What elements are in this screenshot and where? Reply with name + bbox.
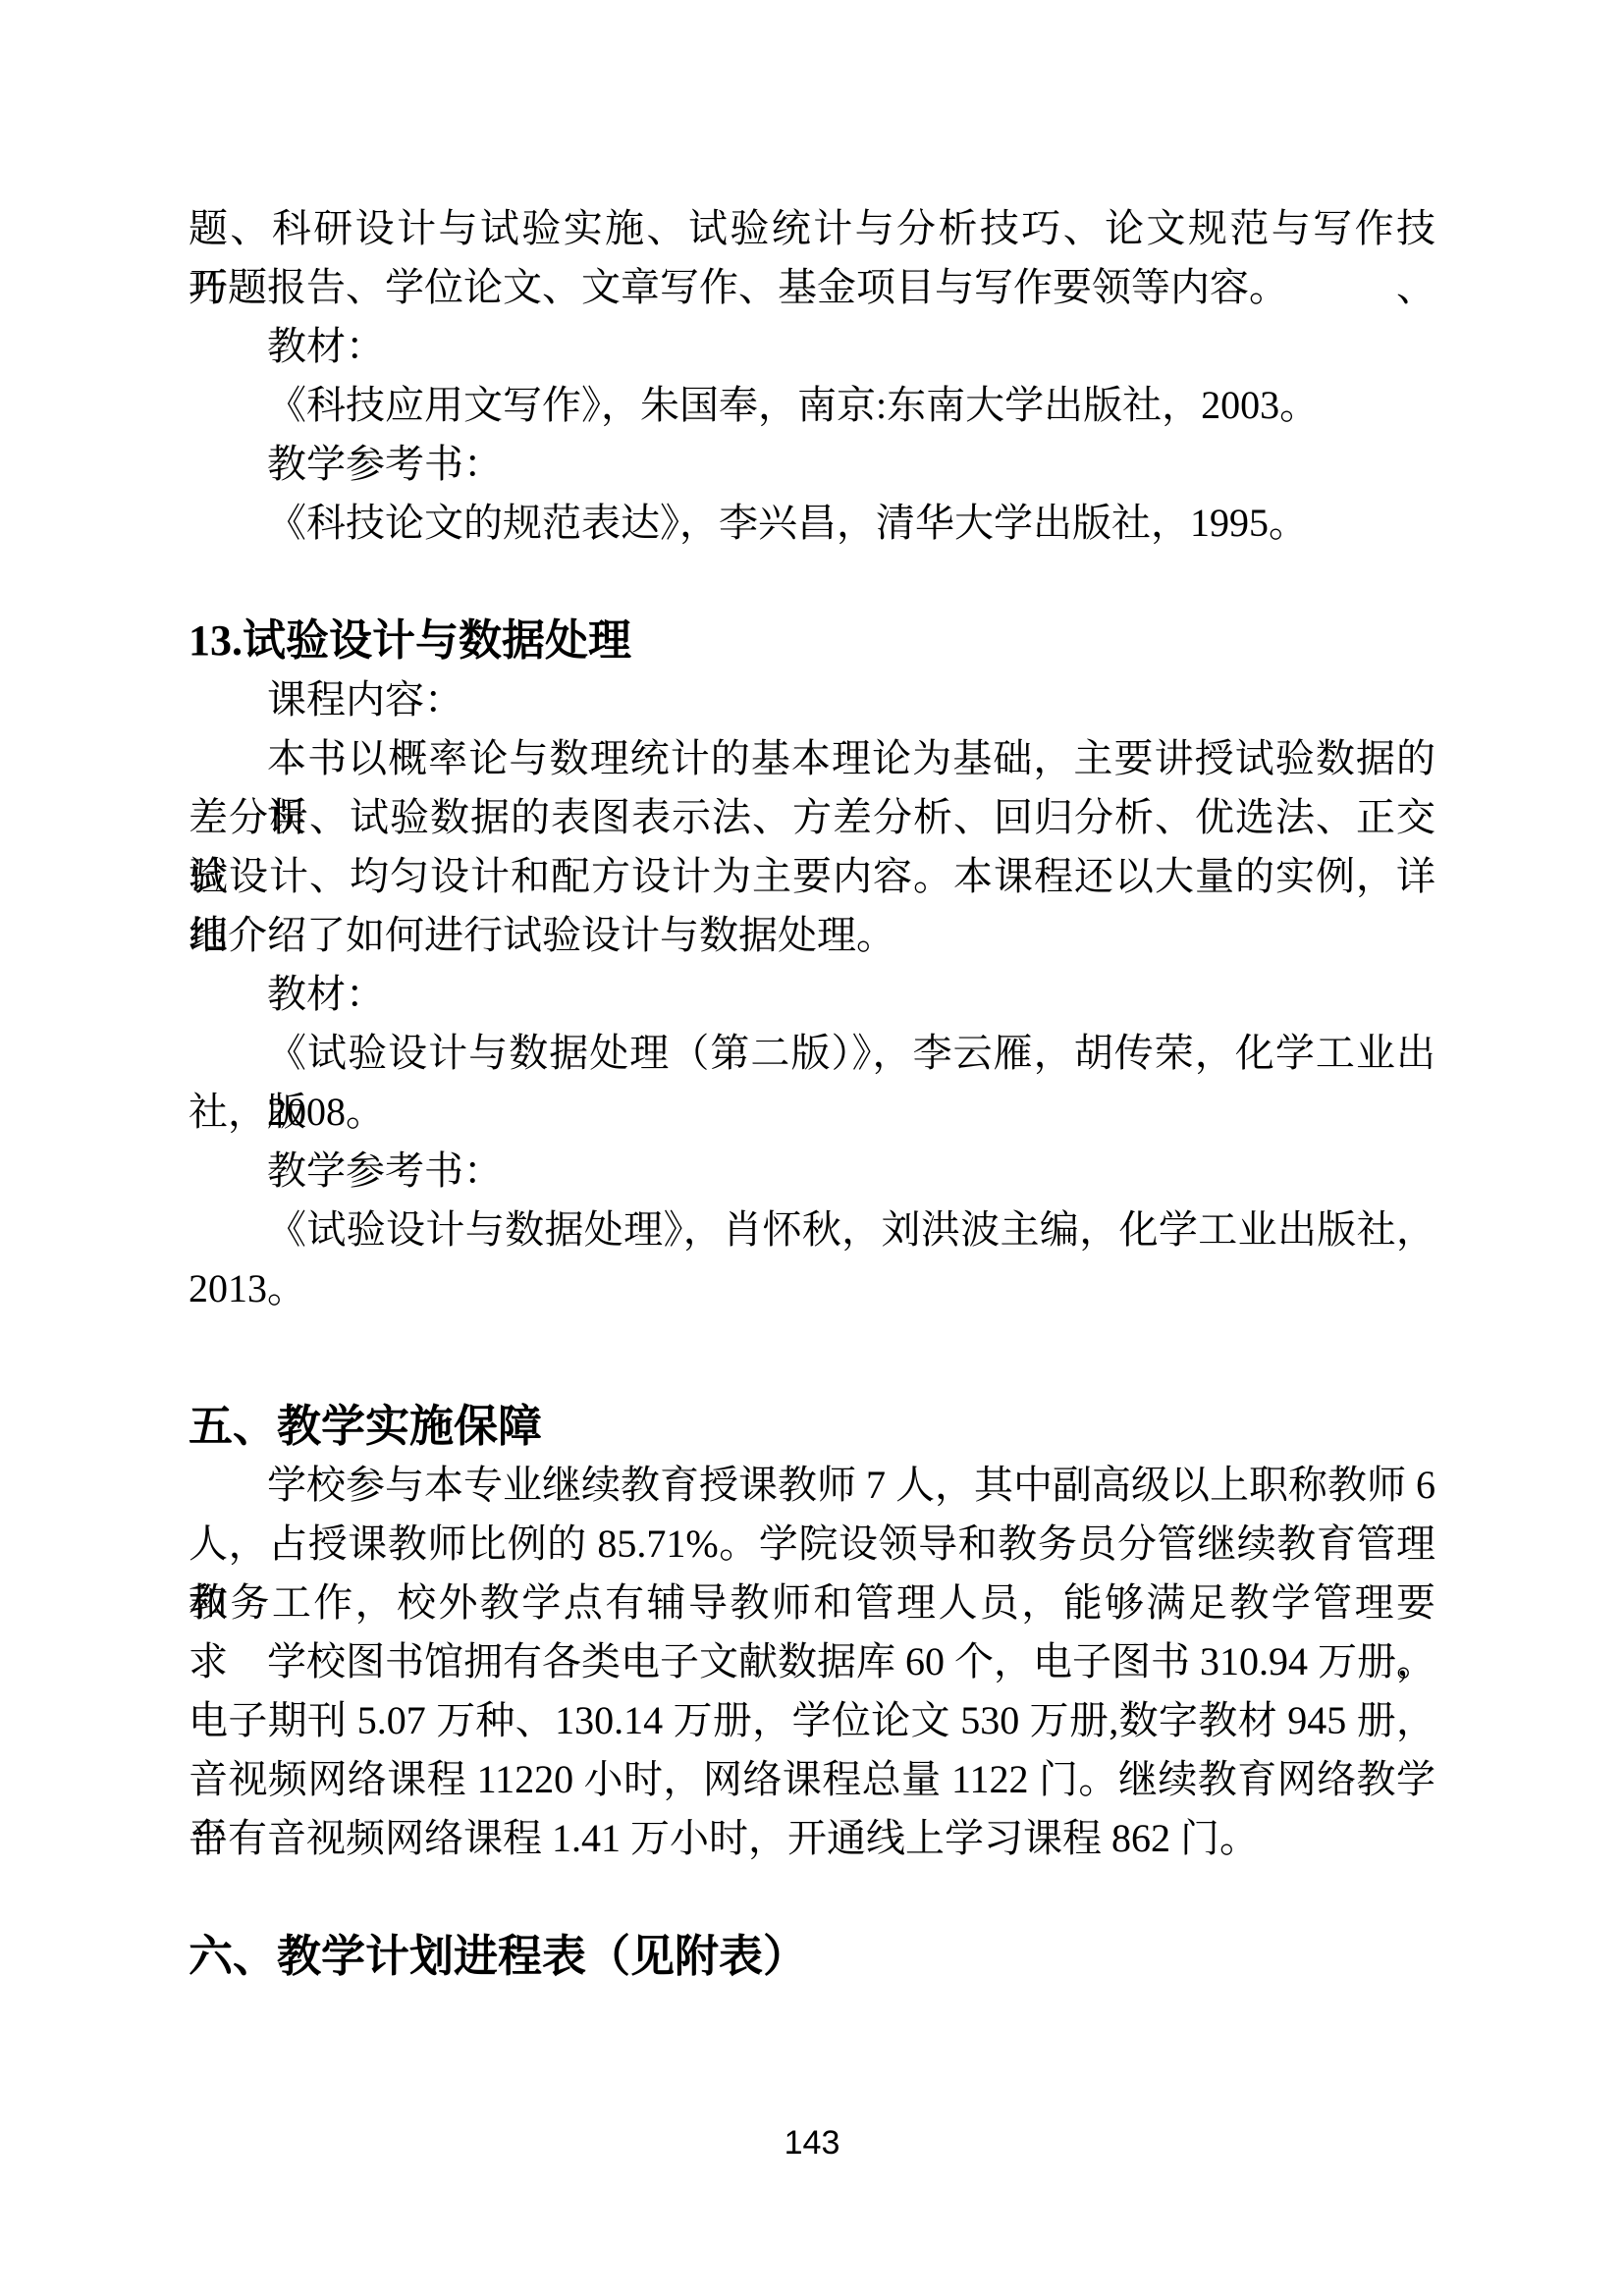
textbook-label: 教材： xyxy=(189,965,1435,1024)
paragraph-line: 学校图书馆拥有各类电子文献数据库 60 个，电子图书 310.94 万册， xyxy=(189,1632,1435,1691)
page-number: 143 xyxy=(0,2123,1624,2163)
blank-line xyxy=(189,1868,1435,1927)
paragraph-line: 地介绍了如何进行试验设计与数据处理。 xyxy=(189,906,1435,965)
paragraph-line: 音视频网络课程 11220 小时，网络课程总量 1122 门。继续教育网络教学平 xyxy=(189,1750,1435,1809)
section-6-heading: 六、教学计划进程表（见附表） xyxy=(189,1927,1435,1986)
textbook-label: 教材： xyxy=(189,317,1435,376)
paragraph-line: 题、科研设计与试验实施、试验统计与分析技巧、论文规范与写作技巧、 xyxy=(189,199,1435,258)
blank-line xyxy=(189,553,1435,612)
document-page: 题、科研设计与试验实施、试验统计与分析技巧、论文规范与写作技巧、 开题报告、学位… xyxy=(0,0,1624,2296)
course-13-heading: 13.试验设计与数据处理 xyxy=(189,612,1435,670)
paragraph-line: 教务工作，校外教学点有辅导教师和管理人员，能够满足教学管理要求。 xyxy=(189,1574,1435,1632)
paragraph-line: 差分析、试验数据的表图表示法、方差分析、回归分析、优选法、正交试 xyxy=(189,788,1435,847)
page-body-text: 题、科研设计与试验实施、试验统计与分析技巧、论文规范与写作技巧、 开题报告、学位… xyxy=(189,199,1435,1986)
textbook-entry-line: 社，2008。 xyxy=(189,1083,1435,1142)
paragraph-line: 台有音视频网络课程 1.41 万小时，开通线上学习课程 862 门。 xyxy=(189,1809,1435,1868)
reference-entry: 《科技论文的规范表达》，李兴昌，清华大学出版社，1995。 xyxy=(189,494,1435,553)
paragraph-line: 验设计、均匀设计和配方设计为主要内容。本课程还以大量的实例，详细 xyxy=(189,847,1435,906)
paragraph-line: 人，占授课教师比例的 85.71%。学院设领导和教务员分管继续教育管理和 xyxy=(189,1515,1435,1574)
course-content-label: 课程内容： xyxy=(189,670,1435,729)
paragraph-line: 本书以概率论与数理统计的基本理论为基础，主要讲授试验数据的误 xyxy=(189,729,1435,788)
paragraph-line: 学校参与本专业继续教育授课教师 7 人，其中副高级以上职称教师 6 xyxy=(189,1456,1435,1515)
paragraph-line: 电子期刊 5.07 万种、130.14 万册，学位论文 530 万册,数字教材 … xyxy=(189,1691,1435,1750)
reference-entry-line: 2013。 xyxy=(189,1259,1435,1318)
textbook-entry: 《科技应用文写作》，朱国奉，南京:东南大学出版社，2003。 xyxy=(189,376,1435,435)
reference-label: 教学参考书： xyxy=(189,1142,1435,1201)
reference-label: 教学参考书： xyxy=(189,435,1435,494)
section-5-heading: 五、教学实施保障 xyxy=(189,1397,1435,1456)
reference-entry-line: 《试验设计与数据处理》，肖怀秋，刘洪波主编，化学工业出版社， xyxy=(189,1201,1435,1259)
textbook-entry-line: 《试验设计与数据处理（第二版）》，李云雁，胡传荣，化学工业出版 xyxy=(189,1024,1435,1083)
blank-line xyxy=(189,1318,1435,1377)
paragraph-line: 开题报告、学位论文、文章写作、基金项目与写作要领等内容。 xyxy=(189,258,1435,317)
